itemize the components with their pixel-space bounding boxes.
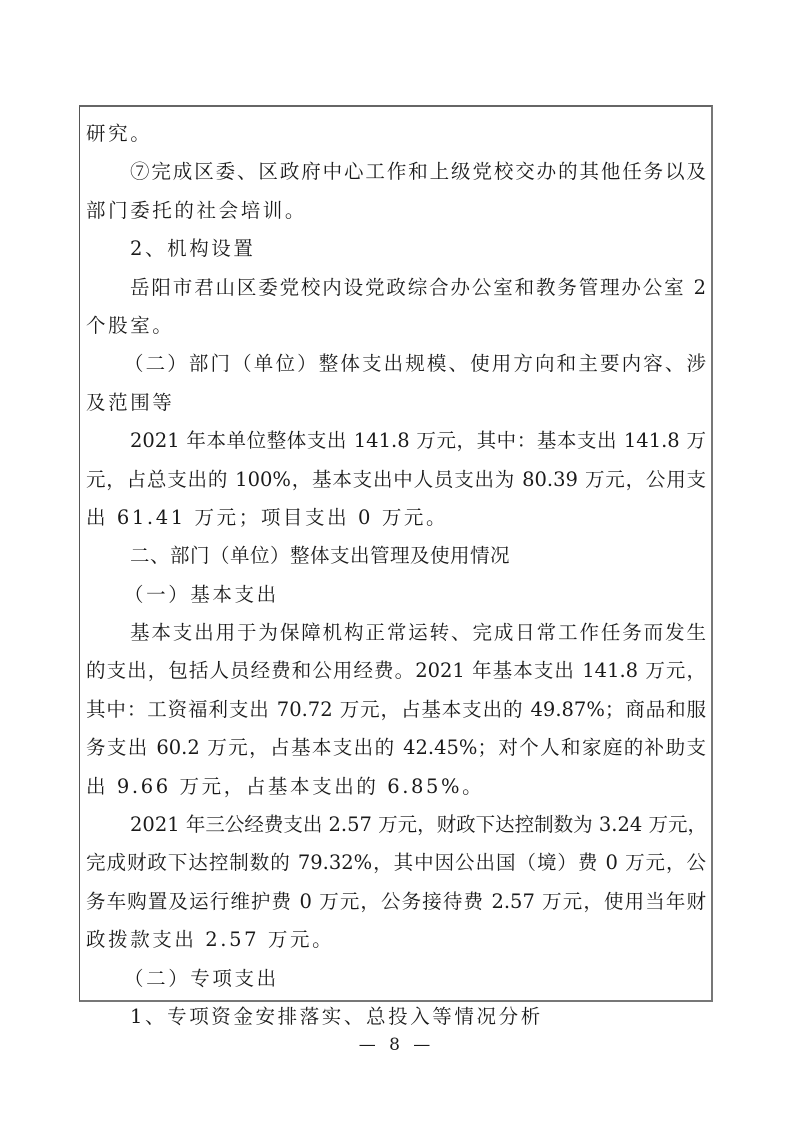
text-line: 出 61.41 万元；项目支出 0 万元。 (86, 499, 706, 537)
text-line: 政拨款支出 2.57 万元。 (86, 921, 706, 959)
text-line: ⑦完成区委、区政府中心工作和上级党校交办的其他任务以及 (86, 153, 706, 191)
subsection-heading-org-setup: 2、机构设置 (86, 230, 706, 268)
text-line: 务车购置及运行维护费 0 万元，公务接待费 2.57 万元，使用当年财 (86, 883, 706, 921)
subsection-heading-special-expenditure: （二）专项支出 (86, 960, 706, 998)
text-line: 基本支出用于为保障机构正常运转、完成日常工作任务而发生 (86, 614, 706, 652)
body-text: 研究。 ⑦完成区委、区政府中心工作和上级党校交办的其他任务以及 部门委托的社会培… (86, 115, 706, 1036)
subsection-heading-basic-expenditure: （一）基本支出 (86, 576, 706, 614)
subsection-heading-expenditure-scale: （二）部门（单位）整体支出规模、使用方向和主要内容、涉 (86, 345, 706, 383)
text-line: 完成财政下达控制数的 79.32%，其中因公出国（境）费 0 万元，公 (86, 844, 706, 882)
text-line: 个股室。 (86, 307, 706, 345)
text-line: 其中：工资福利支出 70.72 万元，占基本支出的 49.87%；商品和服 (86, 691, 706, 729)
page-number: — 8 — (0, 1035, 793, 1055)
section-heading-expenditure-management: 二、部门（单位）整体支出管理及使用情况 (86, 537, 706, 575)
text-line: 2021 年三公经费支出 2.57 万元，财政下达控制数为 3.24 万元， (86, 806, 706, 844)
text-line: 2021 年本单位整体支出 141.8 万元，其中：基本支出 141.8 万 (86, 422, 706, 460)
content-frame: 研究。 ⑦完成区委、区政府中心工作和上级党校交办的其他任务以及 部门委托的社会培… (79, 105, 713, 1002)
text-line: 的支出，包括人员经费和公用经费。2021 年基本支出 141.8 万元， (86, 652, 706, 690)
text-line: 研究。 (86, 115, 706, 153)
text-line: 部门委托的社会培训。 (86, 192, 706, 230)
subsection-heading-special-funds-analysis: 1、专项资金安排落实、总投入等情况分析 (86, 998, 706, 1036)
text-line: 出 9.66 万元，占基本支出的 6.85%。 (86, 768, 706, 806)
text-line: 及范围等 (86, 384, 706, 422)
text-line: 务支出 60.2 万元，占基本支出的 42.45%；对个人和家庭的补助支 (86, 729, 706, 767)
text-line: 元，占总支出的 100%，基本支出中人员支出为 80.39 万元，公用支 (86, 461, 706, 499)
text-line: 岳阳市君山区委党校内设党政综合办公室和教务管理办公室 2 (86, 269, 706, 307)
